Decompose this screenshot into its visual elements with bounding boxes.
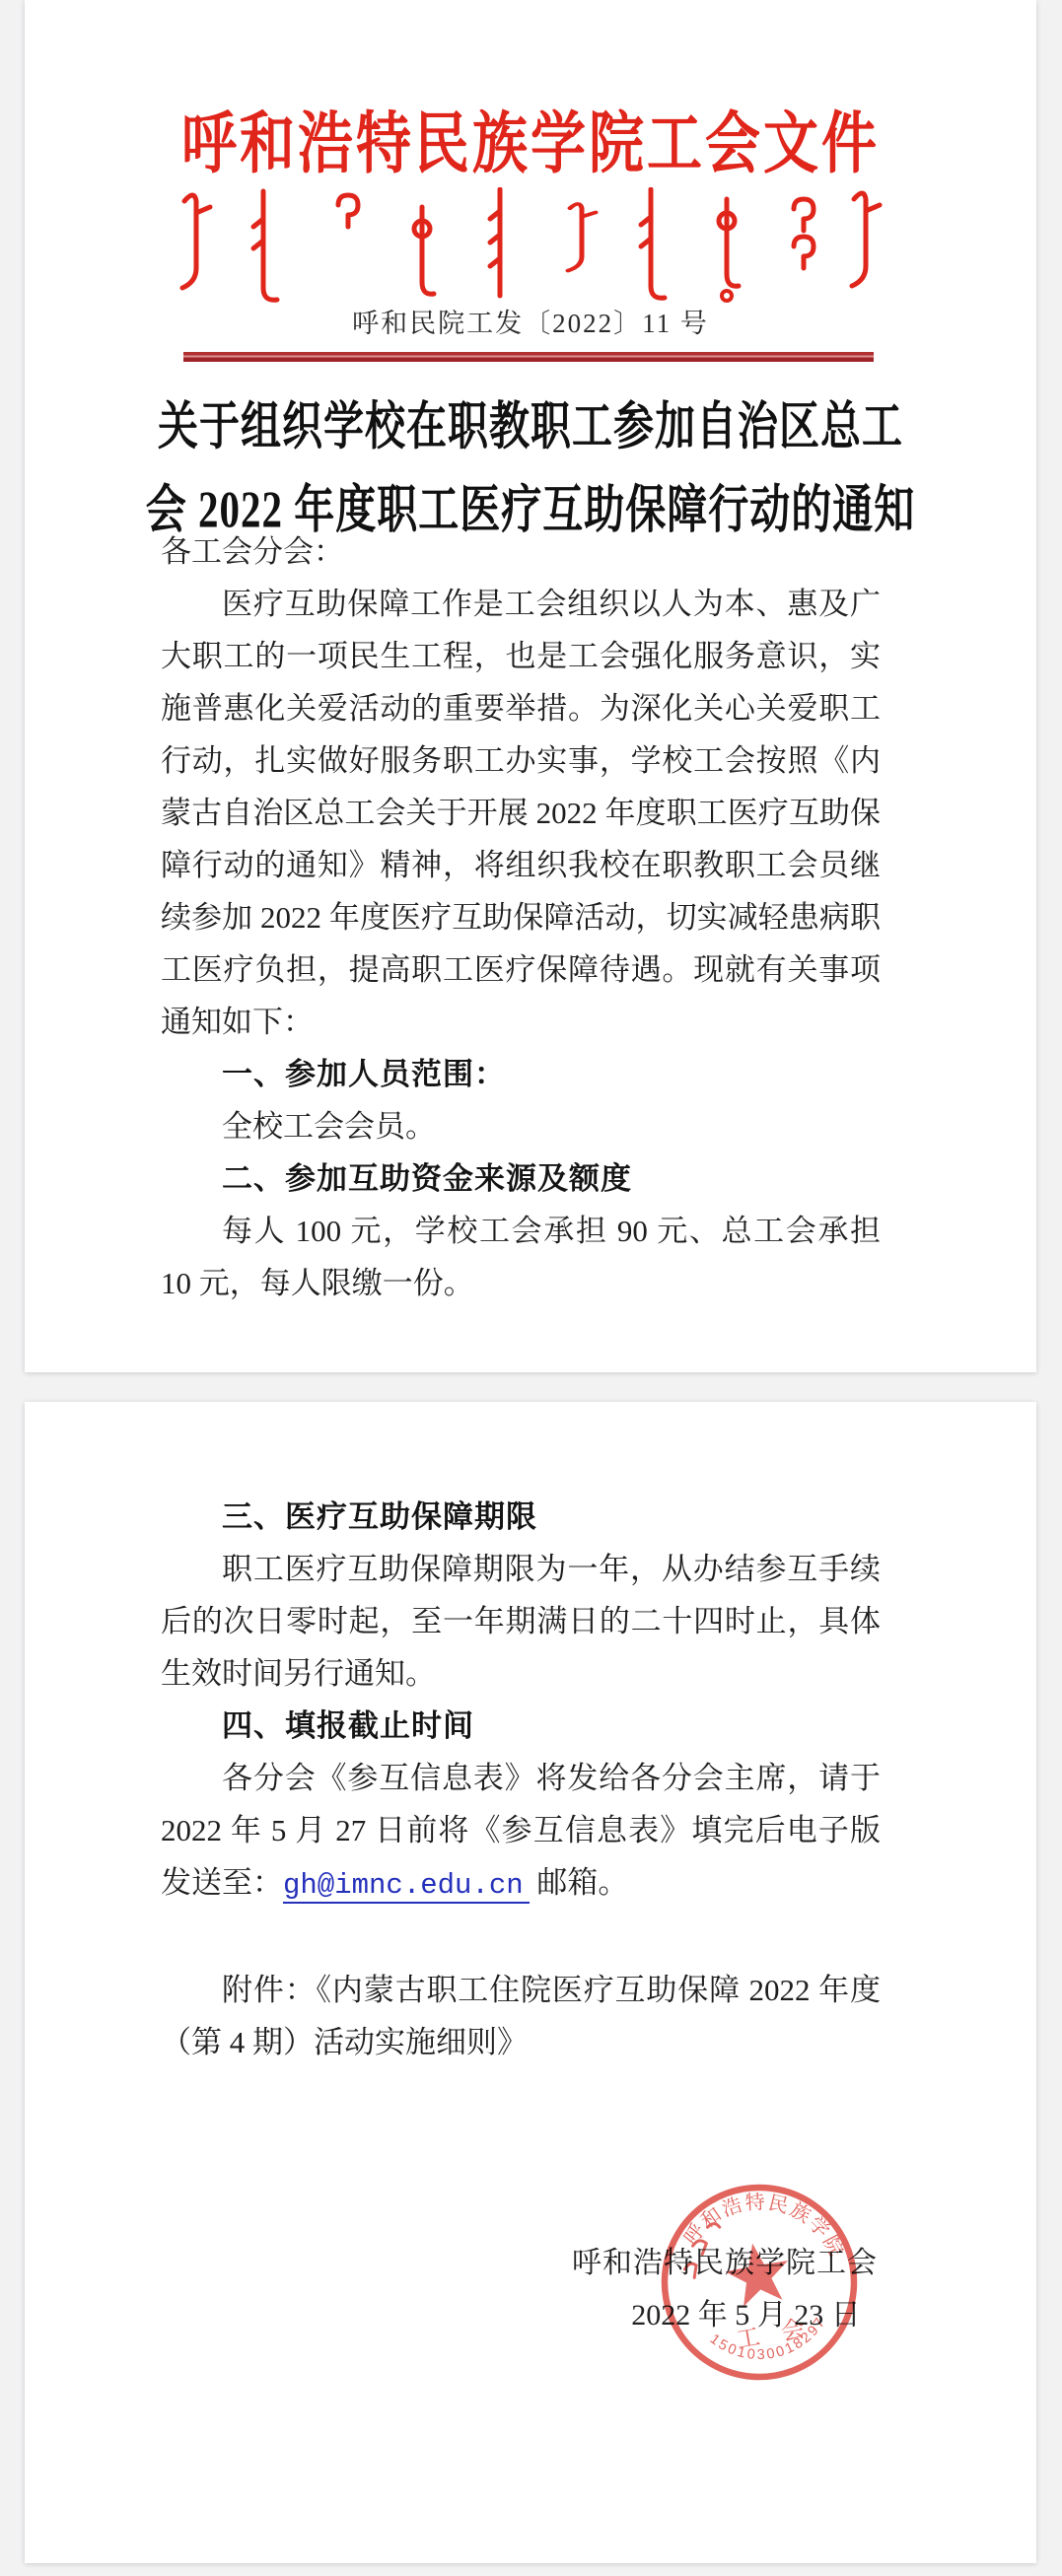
org-title: 呼和浩特民族学院工会文件 <box>25 91 1036 187</box>
seal-star-icon <box>721 2238 794 2309</box>
paragraph-intro: 医疗互助保障工作是工会组织以人为本、惠及广大职工的一项民生工程，也是工会强化服务… <box>161 578 881 1048</box>
section4-heading: 四、填报截止时间 <box>161 1700 881 1752</box>
email-link[interactable]: gh@imnc.edu.cn <box>283 1869 530 1904</box>
page-2: 三、医疗互助保障期限 职工医疗互助保障期限为一年，从办结参互手续后的次日零时起，… <box>25 1402 1036 2563</box>
salutation: 各工会分会： <box>161 525 881 578</box>
body-page1: 各工会分会： 医疗互助保障工作是工会组织以人为本、惠及广大职工的一项民生工程，也… <box>161 525 881 1309</box>
section2-text: 每人 100 元，学校工会承担 90 元、总工会承担 10 元，每人限缴一份。 <box>161 1205 881 1309</box>
body-page2: 三、医疗互助保障期限 职工医疗互助保障期限为一年，从办结参互手续后的次日零时起，… <box>161 1491 881 2068</box>
section4-text-after: 邮箱。 <box>530 1865 629 1900</box>
section1-text: 全校工会会员。 <box>161 1100 881 1152</box>
mongolian-script-decoration <box>138 187 897 304</box>
section4-text: 各分会《参互信息表》将发给各分会主席，请于 2022 年 5 月 27 日前将《… <box>161 1752 881 1912</box>
section3-text: 职工医疗互助保障期限为一年，从办结参互手续后的次日零时起，至一年期满日的二十四时… <box>161 1543 881 1700</box>
section3-heading: 三、医疗互助保障期限 <box>161 1491 881 1543</box>
doc-number: 呼和民院工发〔2022〕11 号 <box>25 302 1036 340</box>
attachment-note: 附件：《内蒙古职工住院医疗互助保障 2022 年度（第 4 期）活动实施细则》 <box>161 1964 881 2068</box>
doc-title-line1: 关于组织学校在职教职工参加自治区总工 <box>74 384 987 467</box>
section2-heading: 二、参加互助资金来源及额度 <box>161 1152 881 1205</box>
official-seal-stamp: 呼和浩特民族学院 1501030018297 工 会 <box>655 2178 864 2387</box>
page-1: 呼和浩特民族学院工会文件 <box>25 0 1036 1372</box>
section1-heading: 一、参加人员范围： <box>161 1048 881 1100</box>
red-divider-line <box>183 352 874 362</box>
document-scan: 呼和浩特民族学院工会文件 <box>0 0 1062 2576</box>
